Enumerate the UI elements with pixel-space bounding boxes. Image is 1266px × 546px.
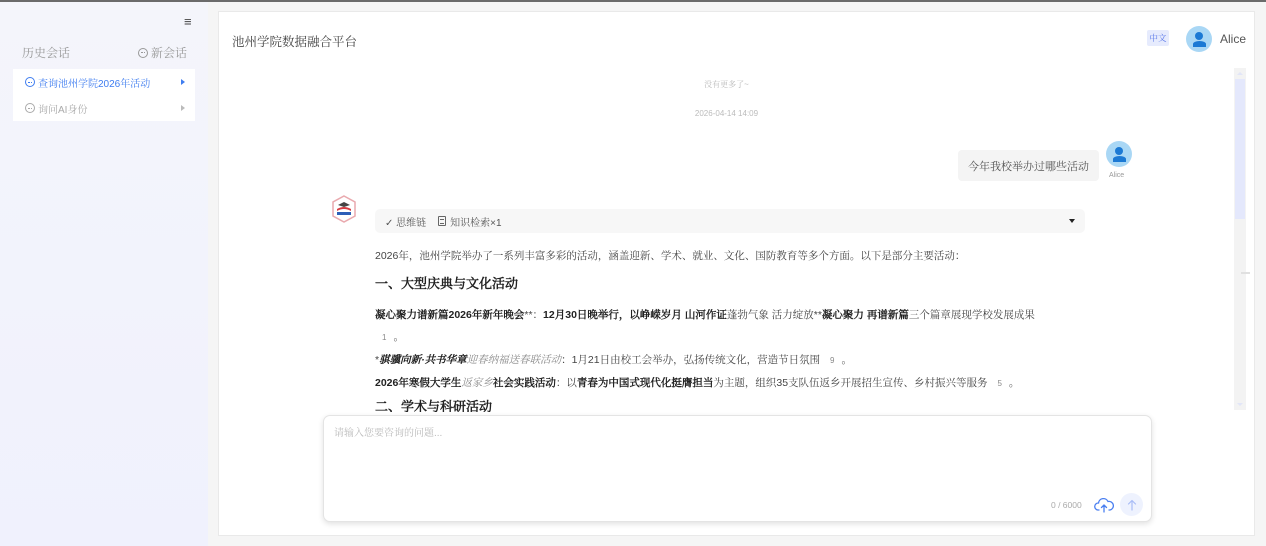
italic-text: 返家乡 (461, 377, 493, 389)
history-item-label: 查询池州学院2026年活动 (38, 75, 178, 90)
answer-item: 2026年寒假大学生返家乡社会实践活动：以青春为中国式现代化挺膺担当为主题，组织… (375, 372, 1095, 395)
chat-messages: 没有更多了~ 2026-04-14 14:09 今年我校举办过哪些活动 Alic… (219, 67, 1234, 412)
upload-cloud-icon[interactable] (1094, 496, 1114, 514)
bold-text: 12月30日晚举行，以峥嵘岁月 山河作证 (543, 309, 727, 321)
history-label: 历史会话 (22, 44, 70, 61)
assistant-answer: 2026年，池州学院举办了一系列丰富多彩的活动，涵盖迎新、学术、就业、文化、国防… (375, 245, 1095, 412)
scroll-up-icon[interactable] (1237, 72, 1243, 75)
chat-bubble-icon (25, 77, 35, 87)
history-item-ai-identity[interactable]: 询问AI身份 (13, 95, 195, 121)
answer-item: 凝心聚力谱新篇2026年新年晚会**：12月30日晚举行，以峥嵘岁月 山河作证蓬… (375, 304, 1095, 349)
text: 蓬勃气象 活力绽放** (727, 309, 822, 321)
question-input[interactable] (334, 424, 1134, 494)
citation-badge[interactable]: 9 (825, 350, 839, 372)
history-list: 查询池州学院2026年活动 询问AI身份 (13, 69, 195, 121)
text: 为主题，组织35支队伍返乡开展招生宣传、乡村振兴等服务 (713, 377, 987, 389)
thinking-chain-label: ✓ 思维链 (385, 214, 426, 229)
reasoning-toggle[interactable]: ✓ 思维链 知识检索×1 (375, 209, 1085, 233)
scrollbar-thumb[interactable] (1235, 79, 1245, 219)
user-avatar[interactable] (1186, 26, 1212, 52)
arrow-up-icon (1127, 499, 1137, 511)
citation-badge[interactable]: 1 (377, 327, 391, 349)
language-switch-button[interactable]: 中文 (1147, 30, 1169, 46)
new-chat-label: 新会话 (151, 44, 187, 61)
chat-bubble-icon (138, 48, 148, 58)
italic-text: 迎春纳福送春联活动 (467, 354, 562, 366)
history-item-label: 询问AI身份 (38, 101, 178, 116)
message-timestamp: 2026-04-14 14:09 (219, 109, 1234, 118)
question-input-box: 0 / 6000 (323, 415, 1152, 522)
scroll-down-icon[interactable] (1237, 403, 1243, 406)
caret-down-icon (1069, 219, 1075, 223)
bold-text: 社会实践活动 (493, 377, 556, 389)
user-head-icon (1115, 147, 1123, 155)
new-chat-button[interactable]: 新会话 (138, 44, 187, 61)
bold-text: 凝心聚力谱新篇2026年新年晚会 (375, 309, 524, 321)
user-body-icon (1193, 41, 1206, 47)
user-head-icon (1195, 32, 1203, 40)
caret-right-icon (181, 79, 185, 85)
document-icon (438, 216, 446, 226)
sidebar: ≡ 历史会话 新会话 查询池州学院2026年活动 询问AI身份 (0, 2, 208, 546)
section-heading: 一、大型庆典与文化活动 (375, 272, 1095, 296)
bold-text: 凝心聚力 再谱新篇 (822, 309, 909, 321)
app-title: 池州学院数据融合平台 (232, 32, 357, 50)
no-more-hint: 没有更多了~ (219, 79, 1234, 90)
char-counter: 0 / 6000 (1051, 500, 1082, 510)
user-message-avatar (1106, 141, 1132, 167)
bold-text: 2026年寒假大学生 (375, 377, 461, 389)
main-panel: 池州学院数据融合平台 中文 Alice 没有更多了~ 2026-04-14 14… (218, 11, 1255, 536)
user-message-bubble: 今年我校举办过哪些活动 (958, 150, 1099, 181)
college-logo-icon (331, 195, 357, 223)
menu-toggle-icon[interactable]: ≡ (184, 14, 192, 29)
text: ：以 (556, 377, 577, 389)
text: 。 (1009, 377, 1020, 389)
text: 三个篇章展现学校发展成果 (909, 309, 1035, 321)
panel-resize-handle[interactable] (1241, 272, 1250, 274)
chat-bubble-icon (25, 103, 35, 113)
bold-text: 青春为中国式现代化挺膺担当 (577, 377, 714, 389)
user-message-name: Alice (1109, 172, 1124, 179)
answer-intro: 2026年，池州学院举办了一系列丰富多彩的活动，涵盖迎新、学术、就业、文化、国防… (375, 245, 1095, 267)
history-header: 历史会话 新会话 (22, 44, 187, 61)
caret-right-icon (181, 105, 185, 111)
text: 。 (393, 331, 404, 343)
text: ：1月21日由校工会举办，弘扬传统文化，营造节日氛围 (561, 354, 820, 366)
answer-item: *骐骥向新·共书华章迎春纳福送春联活动：1月21日由校工会举办，弘扬传统文化，营… (375, 349, 1095, 372)
text: 。 (842, 354, 853, 366)
knowledge-retrieval-label: 知识检索×1 (450, 214, 501, 229)
history-item-activities[interactable]: 查询池州学院2026年活动 (13, 69, 195, 95)
text: **： (524, 309, 543, 321)
section-heading: 二、学术与科研活动 (375, 395, 1095, 412)
citation-badge[interactable]: 5 (992, 373, 1006, 395)
send-button[interactable] (1120, 493, 1143, 516)
user-body-icon (1113, 156, 1126, 162)
user-name[interactable]: Alice (1220, 32, 1246, 46)
bold-italic-text: 骐骥向新·共书华章 (379, 354, 467, 366)
chat-scrollbar[interactable] (1234, 68, 1246, 410)
